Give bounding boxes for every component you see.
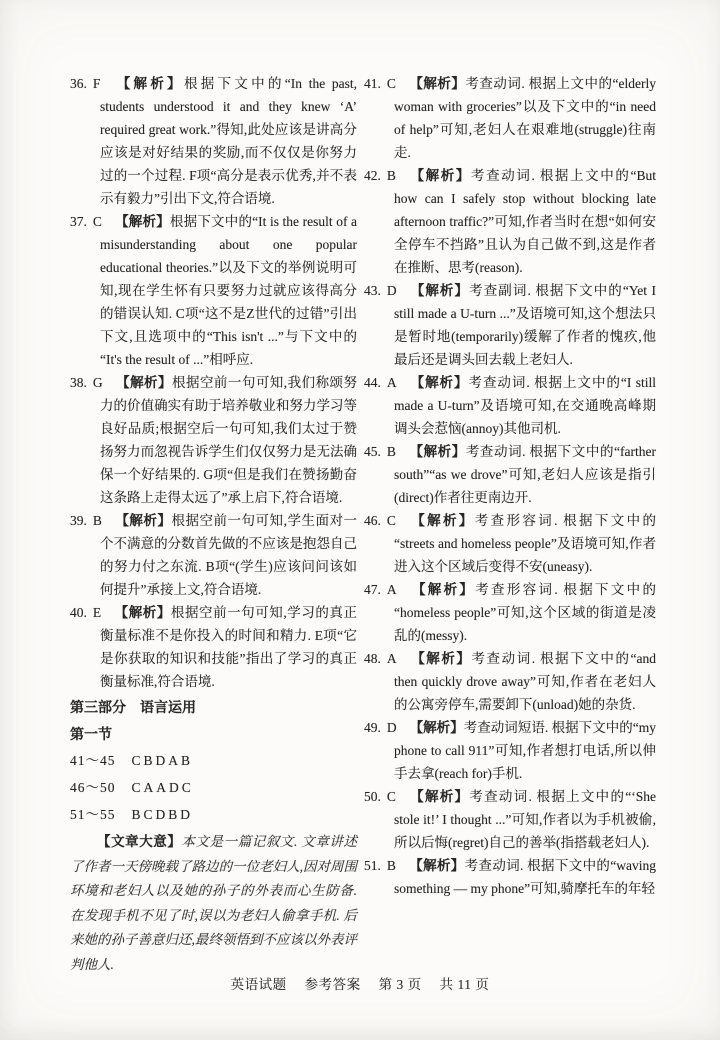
analysis-tag: 【解析】 [115,214,170,229]
analysis-tag: 【解析】 [410,283,469,298]
answer-letter: E [93,605,101,620]
answer-letter: C [387,789,396,804]
analysis-tag: 【解析】 [409,76,465,91]
left-column: 36.F【解析】根据下文中的“In the past, students und… [70,72,357,977]
question-range: 41～45 [70,753,116,768]
answer-letter: G [93,375,103,390]
analysis-tag: 【解析】 [410,582,476,597]
analysis-tag: 【解析】 [409,444,466,459]
answer-letter: C [387,513,396,528]
right-column: 41.C【解析】考查动词. 根据上文中的“elderly woman with … [364,72,656,900]
item-number: 39. [70,513,87,528]
answer-explanation-item: 47.A【解析】考查形容词. 根据下文中的“homeless people”可知… [364,578,656,647]
answer-explanation-item: 46.C【解析】考查形容词. 根据下文中的“streets and homele… [364,509,656,578]
answer-letter: B [93,513,102,528]
analysis-tag: 【解析】 [409,513,475,528]
analysis-tag: 【解析】 [113,76,184,91]
answer-letter: B [387,444,396,459]
item-number: 42. [364,168,381,183]
page-footer: 英语试题参考答案第 3 页共 11 页 [0,973,720,993]
page-total: 共 11 页 [440,977,490,992]
item-number: 36. [70,76,87,91]
analysis-tag: 【解析】 [114,605,171,620]
answer-letter: C [387,76,396,91]
answer-explanation-item: 48.A【解析】考查动词. 根据下文中的“and then quickly dr… [364,647,656,716]
analysis-tag: 【解析】 [115,513,172,528]
answer-explanation-item: 37.C【解析】根据下文中的“It is the result of a mis… [70,210,357,371]
item-number: 37. [70,214,87,229]
item-number: 41. [364,76,381,91]
answer-letter: A [387,582,397,597]
answer-explanation-item: 49.D【解析】考查动词短语. 根据下文中的“my phone to call … [364,716,656,785]
answer-explanation-item: 36.F【解析】根据下文中的“In the past, students und… [70,72,357,210]
answer-letter: A [387,651,397,666]
answer-letter: C [93,214,102,229]
answer-explanation-item: 45.B【解析】考查动词. 根据下文中的“farther south”“as w… [364,440,656,509]
answer-letter: D [387,283,397,298]
answer-explanation-item: 42.B【解析】考查动词. 根据上文中的“But how can I safel… [364,164,656,279]
item-number: 49. [364,720,381,735]
left-items: 36.F【解析】根据下文中的“In the past, students und… [70,72,357,693]
item-number: 50. [364,789,381,804]
analysis-tag: 【解析】 [409,168,471,183]
answer-letter: D [387,720,397,735]
item-number: 44. [364,375,381,390]
subsection-title: 第一节 [70,722,357,747]
item-number: 46. [364,513,381,528]
answer-explanation-item: 38.G【解析】根据空前一句可知,我们称颂努力的价值确实有助于培养敬业和努力学习… [70,371,357,509]
summary-tag: 【文章大意】 [97,834,181,849]
explanation-text: 根据下文中的“It is the result of a misundersta… [100,214,357,367]
answer-label: 参考答案 [305,977,361,992]
answer-letter: B [387,858,396,873]
answer-key-group: 41～45CBDAB [70,747,220,774]
answer-explanation-item: 50.C【解析】考查动词. 根据上文中的“‘She stole it!’ I t… [364,785,656,854]
question-range: 46～50 [70,780,116,795]
analysis-tag: 【解析】 [410,720,464,735]
answer-explanation-item: 43.D【解析】考查副词. 根据下文中的“Yet I still made a … [364,279,656,371]
answer-explanation-item: 41.C【解析】考查动词. 根据上文中的“elderly woman with … [364,72,656,164]
item-number: 43. [364,283,381,298]
document-page: 36.F【解析】根据下文中的“In the past, students und… [0,0,720,1040]
passage-summary: 【文章大意】本文是一篇记叙文. 文章讲述了作者一天傍晚载了路边的一位老妇人,因对… [70,830,357,977]
item-number: 40. [70,605,87,620]
answer-explanation-item: 51.B【解析】考查动词. 根据下文中的“waving something — … [364,854,656,900]
doc-title: 英语试题 [231,977,287,992]
answer-letters: BCDBD [132,807,194,822]
item-number: 47. [364,582,381,597]
item-number: 38. [70,375,87,390]
question-range: 51～55 [70,807,116,822]
item-number: 48. [364,651,381,666]
answer-explanation-item: 44.A【解析】考查动词. 根据上文中的“I still made a U-tu… [364,371,656,440]
answer-letters: CBDAB [132,753,194,768]
analysis-tag: 【解析】 [409,789,469,804]
explanation-text: 根据下文中的“In the past, students understood … [100,76,357,206]
analysis-tag: 【解析】 [410,651,472,666]
answer-explanation-item: 40.E【解析】根据空前一句可知,学习的真正衡量标准不是你投入的时间和精力. E… [70,601,357,693]
answer-key-row: 51～55BCDBD [70,801,357,828]
section-title: 第三部分 语言运用 [70,695,357,720]
answer-explanation-item: 39.B【解析】根据空前一句可知,学生面对一个不满意的分数首先做的不应该是抱怨自… [70,509,357,601]
explanation-text: 考查动词. 根据上文中的“But how can I safely stop w… [394,168,656,275]
answer-letter: F [93,76,101,91]
answer-letter: B [387,168,396,183]
page-number: 第 3 页 [379,977,422,992]
item-number: 51. [364,858,381,873]
explanation-text: 根据空前一句可知,我们称颂努力的价值确实有助于培养敬业和努力学习等良好品质;根据… [100,375,357,505]
right-items: 41.C【解析】考查动词. 根据上文中的“elderly woman with … [364,72,656,900]
answer-key-group: 51～55BCDBD [70,801,220,828]
item-number: 45. [364,444,381,459]
answer-key-row: 41～45CBDAB 46～50CAADC [70,747,357,801]
answer-letters: CAADC [132,780,194,795]
analysis-tag: 【解析】 [116,375,172,390]
analysis-tag: 【解析】 [410,375,469,390]
summary-text: 本文是一篇记叙文. 文章讲述了作者一天傍晚载了路边的一位老妇人,因对周围环境和老… [70,834,357,972]
answer-letter: A [387,375,397,390]
answer-key-group: 46～50CAADC [70,774,220,801]
analysis-tag: 【解析】 [409,858,465,873]
